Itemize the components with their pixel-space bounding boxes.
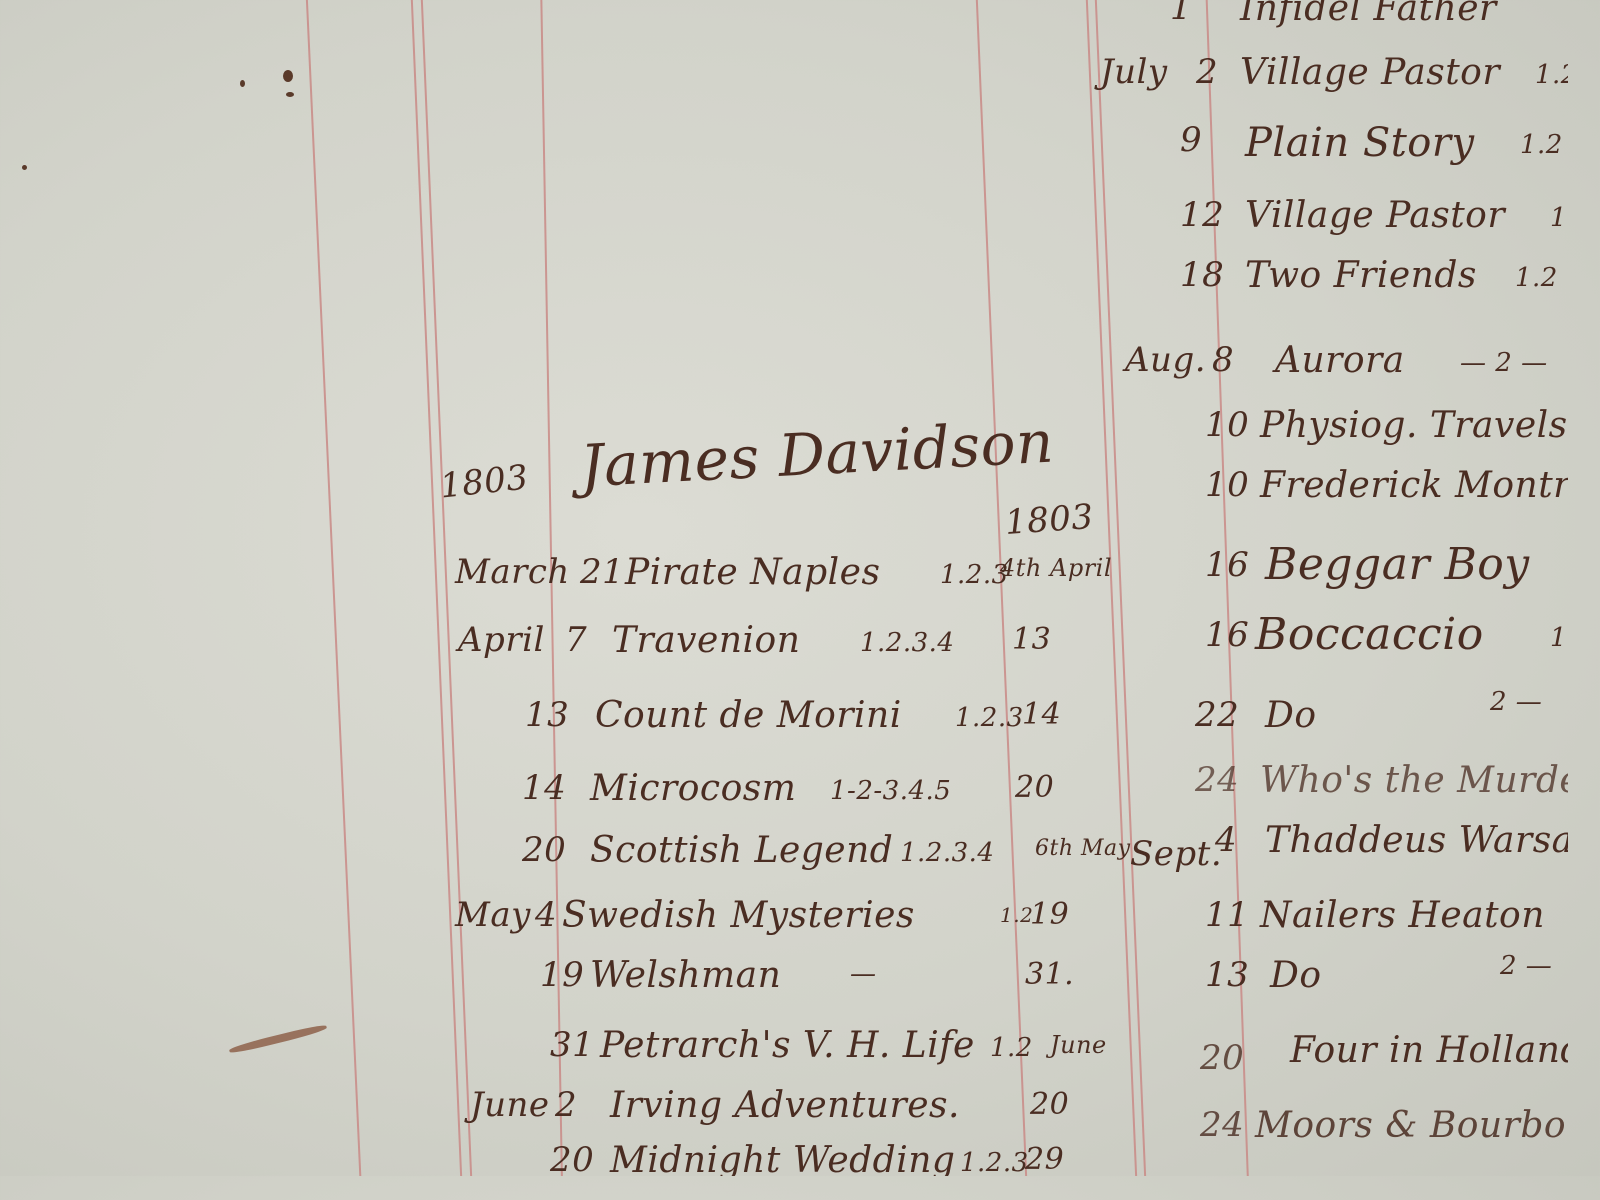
entry-volumes: — 2 — bbox=[1460, 348, 1548, 378]
entry-day: 14 bbox=[522, 768, 566, 808]
entry-title: Nailers Heaton bbox=[1260, 895, 1545, 936]
entry-day: 22 bbox=[1195, 695, 1239, 735]
entry-title: Infidel Father bbox=[1240, 0, 1497, 29]
entry-title: Welshman bbox=[590, 955, 781, 996]
entry-title: Who's the Murderer bbox=[1260, 760, 1568, 801]
entry-month: Sept. bbox=[1130, 834, 1222, 874]
ink-speck bbox=[22, 165, 27, 170]
entry-returned: 31. bbox=[1025, 957, 1074, 992]
entry-title: Irving Adventures. bbox=[610, 1085, 960, 1126]
entry-title: Frederick Montravers bbox=[1260, 465, 1568, 506]
entry-title: Village Pastor bbox=[1245, 195, 1505, 236]
entry-volumes: 1.2.3 bbox=[960, 1148, 1029, 1176]
ink-speck bbox=[283, 70, 293, 82]
entry-volumes: 1 bbox=[1550, 623, 1567, 653]
entry-day: 7 bbox=[565, 620, 587, 660]
entry-volumes: 1.2 bbox=[1535, 60, 1568, 90]
entry-day: 2 bbox=[555, 1085, 577, 1125]
entry-day: 21 bbox=[580, 552, 624, 592]
ruled-line bbox=[305, 0, 362, 1176]
entry-returned: 20 bbox=[1030, 1087, 1069, 1122]
entry-title: Two Friends bbox=[1245, 255, 1477, 296]
entry-title: Boccaccio bbox=[1255, 609, 1484, 660]
entry-day: 4 bbox=[1215, 820, 1237, 860]
entry-day: 8 bbox=[1212, 340, 1234, 380]
entry-volumes: 1.2.3.4 bbox=[860, 628, 954, 658]
entry-returned: 14 bbox=[1022, 697, 1061, 732]
entry-title: Travenion bbox=[612, 620, 800, 661]
entry-day: 20 bbox=[550, 1140, 594, 1176]
entry-title: Scottish Legend bbox=[590, 830, 893, 871]
entry-title: Pirate Naples bbox=[625, 552, 880, 593]
entry-day: 9 bbox=[1180, 120, 1202, 160]
entry-day: 13 bbox=[525, 695, 569, 735]
entry-volumes: 1.2.3 bbox=[940, 560, 1009, 590]
entry-title: Petrarch's V. H. Life bbox=[600, 1025, 975, 1066]
entry-day: 10 bbox=[1205, 465, 1249, 505]
entry-returned: June bbox=[1050, 1031, 1107, 1059]
entry-volumes: 1.2 bbox=[1000, 903, 1033, 927]
entry-month: Aug. bbox=[1125, 340, 1206, 380]
entry-title: Aurora bbox=[1275, 340, 1405, 381]
entry-title: Do bbox=[1265, 695, 1317, 736]
entry-returned: 13 bbox=[1012, 622, 1051, 657]
entry-month: May bbox=[455, 895, 531, 935]
entry-volumes: 1 bbox=[1550, 203, 1567, 233]
header-year-left: 1803 bbox=[438, 457, 530, 506]
entry-day: 31 bbox=[550, 1025, 594, 1065]
entry-title: Count de Morini bbox=[595, 695, 902, 736]
entry-month: March bbox=[455, 552, 570, 592]
entry-day: 20 bbox=[1200, 1038, 1244, 1078]
entry-volumes: 1.2 bbox=[990, 1033, 1033, 1063]
entry-title: Moors & Bourbons bbox=[1255, 1105, 1568, 1146]
entry-day: 4 bbox=[535, 895, 557, 935]
entry-title: Swedish Mysteries bbox=[562, 895, 915, 936]
entry-returned: 4th April bbox=[1000, 554, 1112, 582]
entry-returned: 29 bbox=[1025, 1142, 1064, 1176]
entry-volumes: 1.2.3.4 bbox=[900, 838, 994, 868]
entry-volumes: 1-2-3.4.5 bbox=[830, 776, 951, 806]
entry-title: Do bbox=[1270, 955, 1322, 996]
entry-title: Village Pastor bbox=[1240, 52, 1500, 93]
entry-month: July bbox=[1100, 52, 1168, 92]
entry-day: 24 bbox=[1195, 760, 1239, 800]
entry-returned: 6th May bbox=[1035, 836, 1131, 861]
entry-volumes: 1.2 bbox=[1515, 263, 1558, 293]
ink-speck bbox=[286, 92, 294, 97]
entry-returned: 19 bbox=[1030, 897, 1069, 932]
ruled-line bbox=[1094, 0, 1147, 1176]
entry-title: Plain Story bbox=[1245, 120, 1475, 166]
entry-day: 20 bbox=[522, 830, 566, 870]
entry-day: 18 bbox=[1180, 255, 1224, 295]
entry-volumes: 1.2 bbox=[1520, 130, 1563, 160]
ink-stroke bbox=[229, 1023, 328, 1055]
entry-day: 13 bbox=[1205, 955, 1249, 995]
ink-speck bbox=[240, 80, 245, 87]
header-year-right: 1803 bbox=[1004, 497, 1095, 543]
entry-month: April bbox=[458, 620, 545, 660]
entry-title: Beggar Boy bbox=[1265, 539, 1530, 590]
entry-day: 16 bbox=[1205, 615, 1249, 655]
entry-volumes: — bbox=[850, 959, 936, 989]
ruled-line bbox=[1085, 0, 1138, 1176]
ledger-page: 1803 James Davidson 1803 March 21 Pirate… bbox=[0, 0, 1568, 1176]
entry-title: Physiog. Travels bbox=[1260, 405, 1568, 446]
ruled-line bbox=[1205, 0, 1250, 1176]
entry-day: 16 bbox=[1205, 545, 1249, 585]
entry-day: 11 bbox=[1205, 895, 1249, 935]
entry-day: 12 bbox=[1180, 195, 1224, 235]
entry-title: Midnight Wedding bbox=[610, 1140, 955, 1176]
entry-day: 2 bbox=[1196, 52, 1218, 92]
borrower-name: James Davidson bbox=[579, 408, 1056, 501]
entry-volumes: 1.2.3 bbox=[955, 703, 1024, 733]
entry-day: 10 bbox=[1205, 405, 1249, 445]
entry-volumes: 2 — bbox=[1490, 687, 1542, 717]
entry-volumes: 2 — bbox=[1500, 951, 1552, 981]
entry-title: Microcosm bbox=[590, 768, 796, 809]
entry-day: 24 bbox=[1200, 1105, 1244, 1145]
entry-returned: 20 bbox=[1015, 770, 1054, 805]
entry-day: 1 bbox=[1170, 0, 1192, 28]
entry-title: Four in Holland bbox=[1290, 1030, 1568, 1071]
entry-title: Thaddeus Warsaw bbox=[1265, 820, 1568, 861]
entry-month: June bbox=[470, 1085, 550, 1125]
entry-day: 19 bbox=[540, 955, 584, 995]
